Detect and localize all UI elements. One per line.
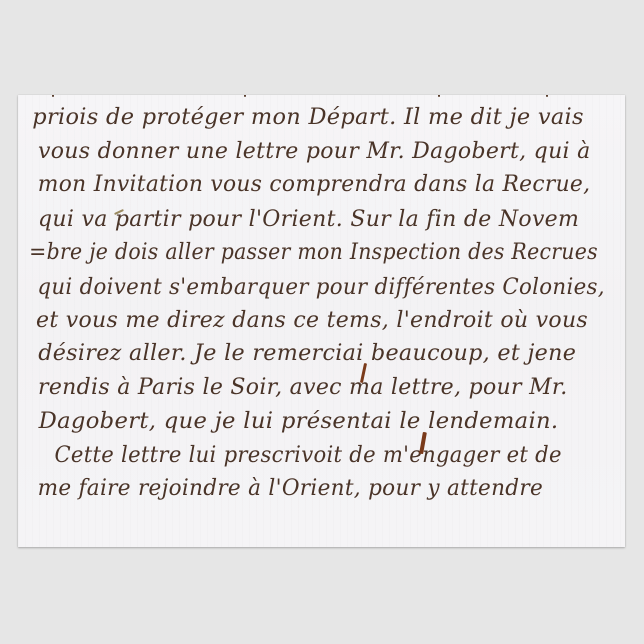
manuscript-line-3: mon Invitation vous comprendra dans la R…: [18, 172, 619, 197]
cropped-previous-line: [18, 95, 625, 101]
manuscript-line-8: désirez aller. Je le remerciai beaucoup,…: [18, 341, 625, 366]
manuscript-line-1: priois de protéger mon Départ. Il me dit…: [18, 105, 625, 130]
manuscript-line-4: qui va partir pour l'Orient. Sur la fin …: [18, 207, 625, 232]
manuscript-line-11: Cette lettre lui prescrivoit de m'engage…: [18, 443, 601, 468]
manuscript-line-7: et vous me direz dans ce tems, l'endroit…: [18, 308, 625, 333]
ink-stroke: [546, 95, 548, 97]
manuscript-page: priois de protéger mon Départ. Il me dit…: [18, 95, 625, 547]
manuscript-line-10: Dagobert, que je lui présentai le lendem…: [18, 409, 625, 434]
manuscript-line-6: qui doivent s'embarquer pour différentes…: [18, 275, 607, 300]
ink-stroke: [244, 95, 246, 97]
manuscript-line-2: vous donner une lettre pour Mr. Dagobert…: [18, 139, 625, 164]
ink-stroke: [52, 95, 54, 97]
ink-stroke: [438, 95, 440, 97]
manuscript-line-5: =bre je dois aller passer mon Inspection…: [18, 240, 583, 265]
manuscript-line-9: rendis à Paris le Soir, avec ma lettre, …: [18, 375, 625, 400]
manuscript-line-12: me faire rejoindre à l'Orient, pour y at…: [18, 476, 613, 501]
